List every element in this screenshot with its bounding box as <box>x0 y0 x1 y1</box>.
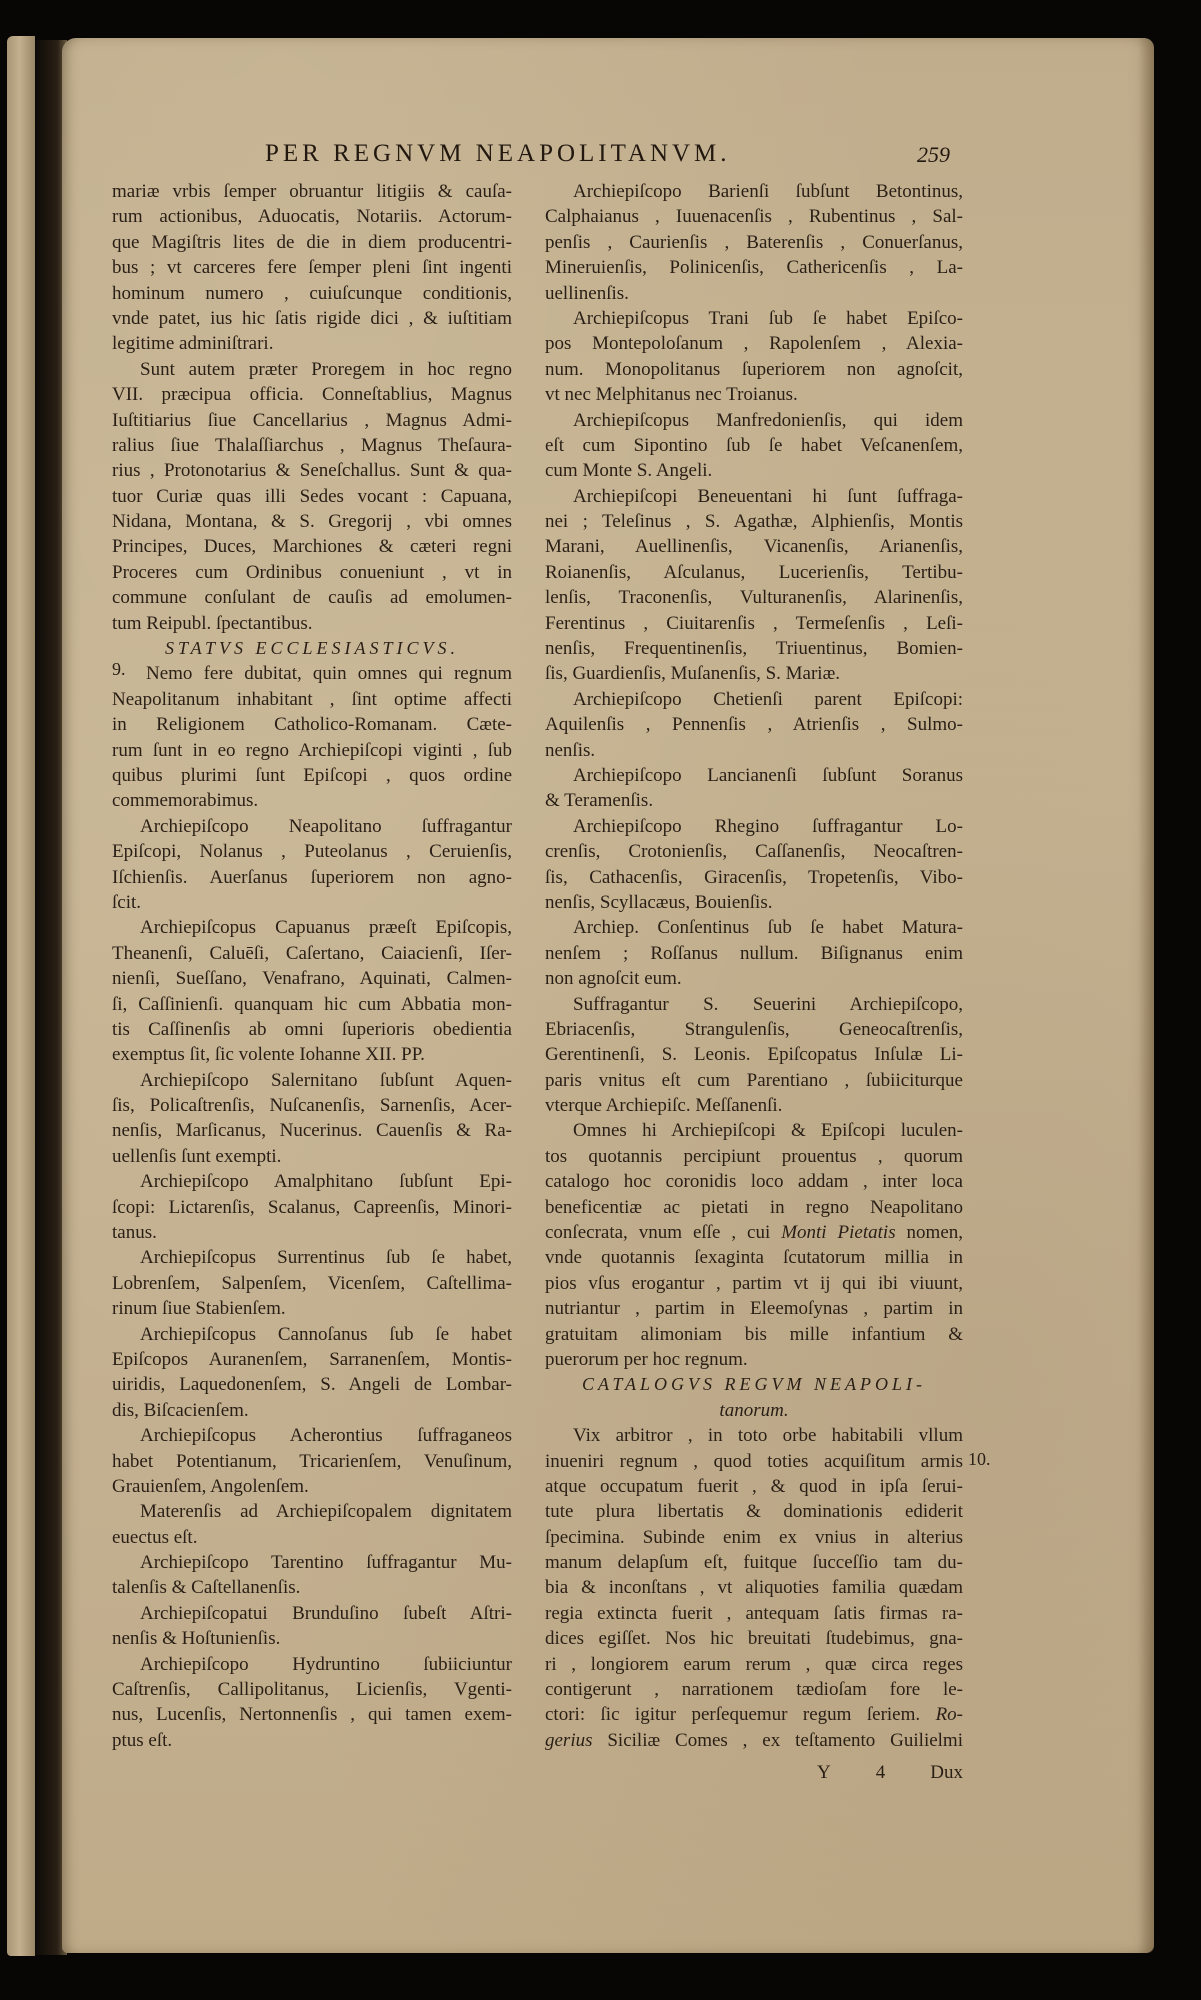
text-line: Archiep. Conſentinus ſub ſe habet Matura… <box>545 915 963 940</box>
text-line: nei ; Teleſinus , S. Agathæ, Alphienſis,… <box>545 509 963 534</box>
text-line: ptus eſt. <box>112 1728 512 1753</box>
text-line: num. Monopolitanus ſuperiorem non agnoſc… <box>545 357 963 382</box>
text-line: Archiepiſcopo Neapolitano ſuffragantur <box>112 814 512 839</box>
text-line: dices egiſſet. Nos hic breuitati ſtudebi… <box>545 1626 963 1651</box>
text-line: bus ; vt carceres fere ſemper pleni ſint… <box>112 255 512 280</box>
text-line: lenſis, Traconenſis, Vulturanenſis, Alar… <box>545 585 963 610</box>
text-line: Proceres cum Ordinibus conueniunt , vt i… <box>112 560 512 585</box>
text-line: Archiepiſcopo Lancianenſi ſubſunt Soranu… <box>545 763 963 788</box>
text-line: rius , Protonotarius & Seneſchallus. Sun… <box>112 458 512 483</box>
text-line: Archiepiſcopo Amalphitano ſubſunt Epi- <box>112 1169 512 1194</box>
text-line: Iſchienſis. Auerſanus ſuperiorem non agn… <box>112 865 512 890</box>
text-line: Sunt autem præter Proregem in hoc regno <box>112 357 512 382</box>
text-line: rinum ſiue Stabienſem. <box>112 1296 512 1321</box>
text-line: ri , longiorem earum rerum , quæ circa r… <box>545 1652 963 1677</box>
text-line: vt nec Melphitanus nec Troianus. <box>545 382 963 407</box>
text-line: uiridis, Laquedonenſem, S. Angeli de Lom… <box>112 1372 512 1397</box>
text-line: Archiepiſcopus Manfredonienſis, qui idem <box>545 408 963 433</box>
text-line: quibus plurimi ſunt Epiſcopi , quos ordi… <box>112 763 512 788</box>
text-line: uellenſis ſunt exempti. <box>112 1144 512 1169</box>
text-line: atque occupatum fuerit , & quod in ipſa … <box>545 1474 963 1499</box>
text-line: ſis, Cathacenſis, Giracenſis, Tropetenſi… <box>545 865 963 890</box>
text-line: gratuitam alimoniam bis mille infantium … <box>545 1322 963 1347</box>
text-line: Archiepiſcopus Trani ſub ſe habet Epiſco… <box>545 306 963 331</box>
text-line: Archiepiſcopus Cannoſanus ſub ſe habet <box>112 1322 512 1347</box>
text-line: crenſis, Crotonienſis, Caſſanenſis, Neoc… <box>545 839 963 864</box>
text-line: tuor Curiæ quas illi Sedes vocant : Capu… <box>112 484 512 509</box>
text-line: tos quotannis percipiunt prouentus , quo… <box>545 1144 963 1169</box>
text-line: Archiepiſcopus Surrentinus ſub ſe habet, <box>112 1245 512 1270</box>
text-line: gerius Siciliæ Comes , ex teſtamento Gui… <box>545 1728 963 1753</box>
margin-number-10: 10. <box>968 1449 991 1470</box>
text-line: beneficentiæ ac pietati in regno Neapoli… <box>545 1195 963 1220</box>
text-line: Vix arbitror , in toto orbe habitabili v… <box>545 1423 963 1448</box>
text-line: in Religionem Catholico-Romanam. Cæte- <box>112 712 512 737</box>
text-line: nutriantur , partim in Eleemoſynas , par… <box>545 1296 963 1321</box>
text-line: puerorum per hoc regnum. <box>545 1347 963 1372</box>
text-line: nenſis & Hoſtunienſis. <box>112 1626 512 1651</box>
text-line: vnde patet, ius hic ſatis rigide dici , … <box>112 306 512 331</box>
text-line: Grauienſem, Angolenſem. <box>112 1474 512 1499</box>
text-line: Archiepiſcopatui Brunduſino ſubeſt Aſtri… <box>112 1601 512 1626</box>
text-line: Archiepiſcopo Salernitano ſubſunt Aquen- <box>112 1068 512 1093</box>
text-line: regia extincta fuerit , antequam ſatis f… <box>545 1601 963 1626</box>
signature-number: 4 <box>876 1762 886 1784</box>
text-line: ſpecimina. Subinde enim ex vnius in alte… <box>545 1525 963 1550</box>
adjacent-page-edge <box>7 36 35 1956</box>
text-line: Neapolitanum inhabitant , ſint optime af… <box>112 687 512 712</box>
text-line: euectus eſt. <box>112 1525 512 1550</box>
text-line: Epiſcopos Auranenſem, Sarranenſem, Monti… <box>112 1347 512 1372</box>
text-line: nenſis, Frequentinenſis, Triuentinus, Bo… <box>545 636 963 661</box>
text-line: Omnes hi Archiepiſcopi & Epiſcopi lucule… <box>545 1118 963 1143</box>
text-line: pios vſus erogantur , partim vt ij qui i… <box>545 1271 963 1296</box>
text-line: Archiepiſcopo Barienſi ſubſunt Betontinu… <box>545 179 963 204</box>
text-line: Mineruienſis, Polinicenſis, Cathericenſi… <box>545 255 963 280</box>
text-line: non agnoſcit eum. <box>545 966 963 991</box>
text-line: mariæ vrbis ſemper obruantur litigiis & … <box>112 179 512 204</box>
text-line: dis, Biſcacienſem. <box>112 1398 512 1423</box>
text-line: conſecrata, vnum eſſe , cui Monti Pietat… <box>545 1220 963 1245</box>
italic-phrase: Monti Pietatis <box>781 1222 895 1243</box>
text-line: vterque Archiepiſc. Meſſanenſi. <box>545 1093 963 1118</box>
italic-name: gerius <box>545 1730 593 1751</box>
running-head-title: PER REGNVM NEAPOLITANVM. <box>265 140 731 168</box>
page-number: 259 <box>917 142 950 168</box>
text-line: vnde quotannis ſexaginta ſcutatorum mill… <box>545 1245 963 1270</box>
text-line: nenſis, Scyllacæus, Bouienſis. <box>545 890 963 915</box>
text-line: Archiepiſcopus Capuanus præeſt Epiſcopis… <box>112 915 512 940</box>
text-line: Archiepiſcopus Acherontius ſuffraganeos <box>112 1423 512 1448</box>
text-line: & Teramenſis. <box>545 788 963 813</box>
signature-mark: Y <box>817 1762 831 1784</box>
text-line: nenſem ; Roſſanus nullum. Biſignanus eni… <box>545 941 963 966</box>
text-line: Archiepiſcopo Tarentino ſuffragantur Mu- <box>112 1550 512 1575</box>
text-line: exemptus ſit, ſic volente Iohanne XII. P… <box>112 1042 512 1067</box>
text-line: ſcopi: Lictarenſis, Scalanus, Capreenſis… <box>112 1195 512 1220</box>
text-line: VII. præcipua officia. Conneſtablius, Ma… <box>112 382 512 407</box>
text-line: inueniri regnum , quod toties acquiſitum… <box>545 1449 963 1474</box>
text-line: contigerunt , narrationem tædioſam fore … <box>545 1677 963 1702</box>
text-line: Archiepiſcopo Hydruntino ſubiiciuntur <box>112 1652 512 1677</box>
text-line: Principes, Duces, Marchiones & cæteri re… <box>112 534 512 559</box>
running-head: PER REGNVM NEAPOLITANVM. 259 <box>0 140 1201 170</box>
text-line: Caſtrenſis, Callipolitanus, Licienſis, V… <box>112 1677 512 1702</box>
text-line: Archiepiſcopo Chetienſi parent Epiſcopi: <box>545 687 963 712</box>
text-line: hominum numero , cuiuſcunque conditionis… <box>112 281 512 306</box>
text-line: penſis , Caurienſis , Baterenſis , Conue… <box>545 230 963 255</box>
text-line: Suffragantur S. Seuerini Archiepiſcopo, <box>545 992 963 1017</box>
text-line: Materenſis ad Archiepiſcopalem dignitate… <box>112 1499 512 1524</box>
text-line: nenſis, Marſicanus, Nucerinus. Cauenſis … <box>112 1118 512 1143</box>
text-line: pos Montepoloſanum , Rapolenſem , Alexia… <box>545 331 963 356</box>
text-line: ralius ſiue Thalaſſiarchus , Magnus Theſ… <box>112 433 512 458</box>
margin-number-9: 9. <box>112 659 126 680</box>
text-line: ſis, Policaſtrenſis, Nuſcanenſis, Sarnen… <box>112 1093 512 1118</box>
text-line: Theanenſi, Caluēſi, Caſertano, Caiacienſ… <box>112 941 512 966</box>
text-line: habet Potentianum, Tricarienſem, Venuſin… <box>112 1449 512 1474</box>
text-line: ſcit. <box>112 890 512 915</box>
text-line: tanus. <box>112 1220 512 1245</box>
text-line: tum Reipubl. ſpectantibus. <box>112 611 512 636</box>
text-line: tute plura libertatis & dominationis edi… <box>545 1499 963 1524</box>
text-line: nienſi, Sueſſano, Venafrano, Aquinati, C… <box>112 966 512 991</box>
text-line: commune conſulant de cauſis ad emolumen- <box>112 585 512 610</box>
text-line: ſi, Caſſinienſi. quanquam hic cum Abbati… <box>112 992 512 1017</box>
right-column: Archiepiſcopo Barienſi ſubſunt Betontinu… <box>545 179 963 1753</box>
text-line: Ferentinus , Ciuitarenſis , Termeſenſis … <box>545 611 963 636</box>
text-line: Ebriacenſis, Strangulenſis, Geneocaſtren… <box>545 1017 963 1042</box>
text-line: legitime adminiſtrari. <box>112 331 512 356</box>
text-line: ctori: ſic igitur perſequemur regum ſeri… <box>545 1702 963 1727</box>
text-line: Archiepiſcopi Beneuentani hi ſunt ſuffra… <box>545 484 963 509</box>
text-line: tanorum. <box>545 1398 963 1423</box>
text-line: Nidana, Montana, & S. Gregorij , vbi omn… <box>112 509 512 534</box>
catchword: Dux <box>930 1762 963 1784</box>
signature-line: Y 4 Dux <box>817 1762 963 1784</box>
text-line: Lobrenſem, Salpenſem, Vicenſem, Caſtelli… <box>112 1271 512 1296</box>
text-line: talenſis & Caſtellanenſis. <box>112 1575 512 1600</box>
text-line: Aquilenſis , Pennenſis , Atrienſis , Sul… <box>545 712 963 737</box>
text-line: Nemo fere dubitat, quin omnes qui regnum <box>112 661 512 686</box>
text-line: Epiſcopi, Nolanus , Puteolanus , Ceruien… <box>112 839 512 864</box>
text-line: Calphaianus , Iuuenacenſis , Rubentinus … <box>545 204 963 229</box>
text-line: Roianenſis, Aſculanus, Lucerienſis, Tert… <box>545 560 963 585</box>
text-line: Gerentinenſi, S. Leonis. Epiſcopatus Inſ… <box>545 1042 963 1067</box>
left-column: mariæ vrbis ſemper obruantur litigiis & … <box>112 179 512 1753</box>
text-line: bia & inconſtans , vt aliquoties familia… <box>545 1575 963 1600</box>
text-line: rum actionibus, Aduocatis, Notariis. Act… <box>112 204 512 229</box>
text-line: nus, Lucenſis, Nertonnenſis , qui tamen … <box>112 1702 512 1727</box>
text-line: commemorabimus. <box>112 788 512 813</box>
text-line: manum delapſum eſt, fuitque ſucceſſio ta… <box>545 1550 963 1575</box>
text-line: cum Monte S. Angeli. <box>545 458 963 483</box>
text-line: Marani, Auellinenſis, Vicanenſis, Ariane… <box>545 534 963 559</box>
text-line: nenſis. <box>545 738 963 763</box>
text-line: paris vnitus eſt cum Parentiano , ſubiic… <box>545 1068 963 1093</box>
text-line: tis Caſſinenſis ab omni ſuperioris obedi… <box>112 1017 512 1042</box>
text-line: catalogo hoc coronidis loco addam , inte… <box>545 1169 963 1194</box>
text-line: uellinenſis. <box>545 281 963 306</box>
section-heading: STATVS ECCLESIASTICVS. <box>112 636 512 661</box>
text-line: Archiepiſcopo Rhegino ſuffragantur Lo- <box>545 814 963 839</box>
page-fore-edge <box>1138 38 1154 1953</box>
text-line: eſt cum Sipontino ſub ſe habet Veſcanenſ… <box>545 433 963 458</box>
text-line: ſis, Guardienſis, Muſanenſis, S. Mariæ. <box>545 661 963 686</box>
text-line: Iuſtitiarius ſiue Cancellarius , Magnus … <box>112 408 512 433</box>
text-line: rum ſunt in eo regno Archiepiſcopi vigin… <box>112 738 512 763</box>
section-heading: CATALOGVS REGVM NEAPOLI- <box>545 1372 963 1397</box>
italic-name: Ro- <box>936 1704 963 1725</box>
text-line: que Magiſtris lites de die in diem produ… <box>112 230 512 255</box>
